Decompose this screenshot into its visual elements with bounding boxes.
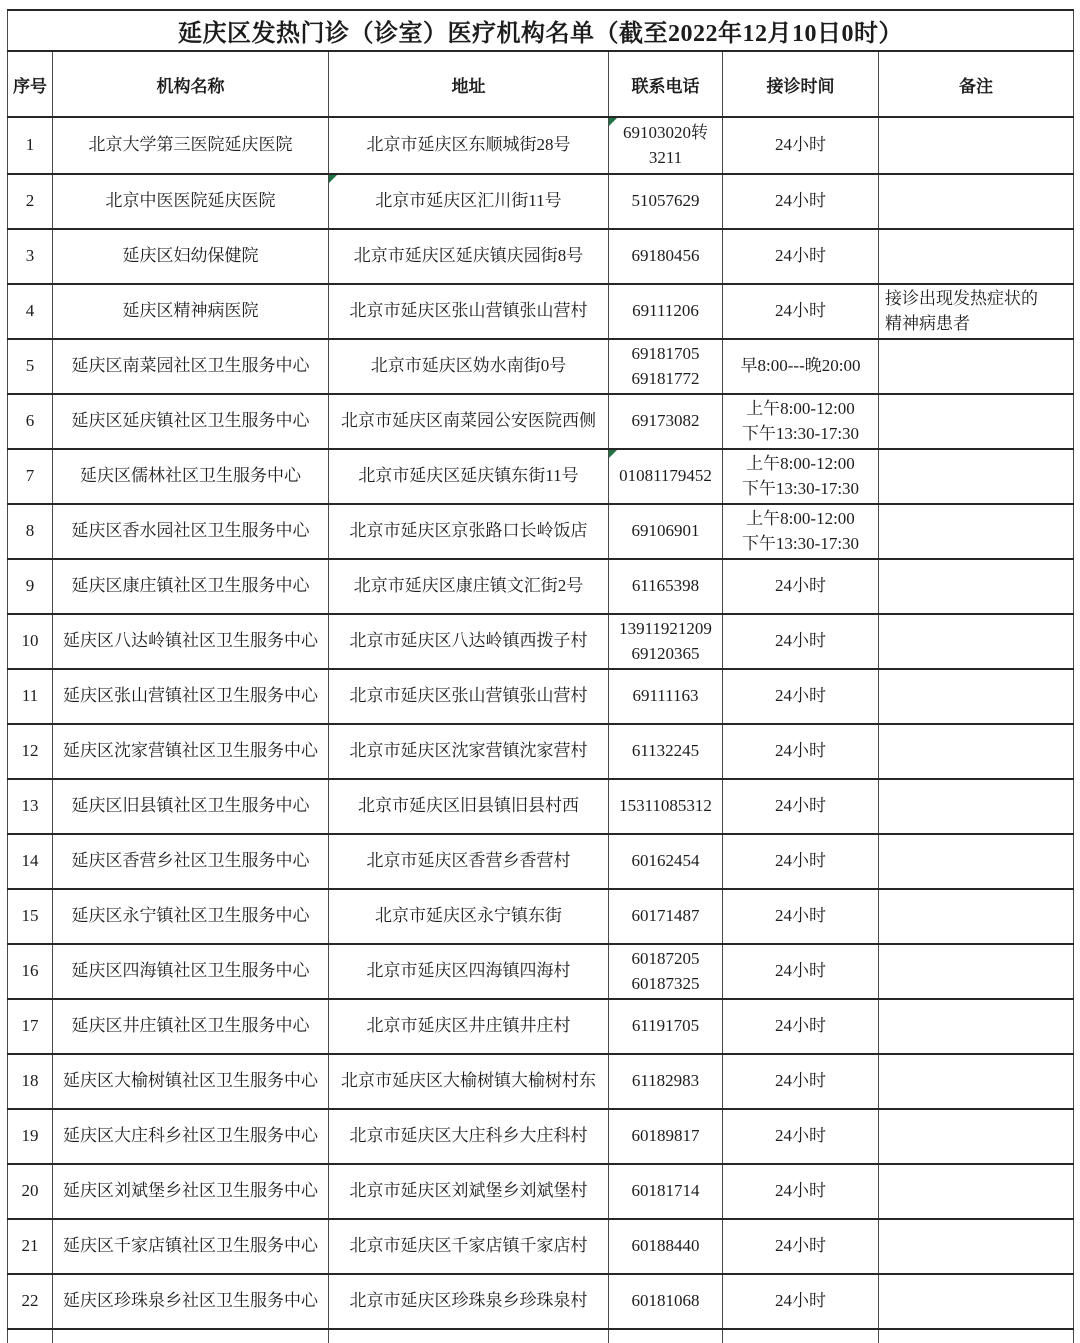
cell-index: 21 [8, 1219, 53, 1274]
cell-line: 60187325 [612, 972, 719, 996]
cell-address: 北京市延庆区汇川街11号 [329, 174, 609, 229]
cell-hours: 上午8:00-12:00下午13:30-17:30 [723, 504, 879, 559]
cell-name: 延庆区井庄镇社区卫生服务中心 [53, 999, 329, 1054]
cell-address: 北京市延庆区妫水南街0号 [329, 339, 609, 394]
cell-name: 延庆区精神病医院 [53, 284, 329, 339]
cell-name: 延庆区八达岭镇社区卫生服务中心 [53, 614, 329, 669]
table-row: 17延庆区井庄镇社区卫生服务中心北京市延庆区井庄镇井庄村6119170524小时 [8, 999, 1074, 1054]
cell-index: 2 [8, 174, 53, 229]
cell-remark [879, 779, 1074, 834]
cell-remark [879, 117, 1074, 174]
cell-hours: 24小时 [723, 1054, 879, 1109]
cell-line: 3211 [612, 146, 719, 170]
cell-hours: 24小时 [723, 229, 879, 284]
cell-name: 延庆区大庄科乡社区卫生服务中心 [53, 1109, 329, 1164]
cell-phone: 60181714 [609, 1164, 723, 1219]
table-row: 19延庆区大庄科乡社区卫生服务中心北京市延庆区大庄科乡大庄科村601898172… [8, 1109, 1074, 1164]
cell-index: 3 [8, 229, 53, 284]
table-row: 3延庆区妇幼保健院北京市延庆区延庆镇庆园街8号6918045624小时 [8, 229, 1074, 284]
cell-address: 北京市延庆区八达岭镇西拨子村 [329, 614, 609, 669]
cell-address: 北京市延庆区千家店镇千家店村 [329, 1219, 609, 1274]
cell-remark [879, 1219, 1074, 1274]
cell-line: 24小时 [726, 1234, 875, 1258]
cell-address: 北京市延庆区康庄镇文汇街2号 [329, 559, 609, 614]
column-header-index: 序号 [8, 51, 53, 117]
cell-line: 61165398 [612, 574, 719, 598]
cell-line: 69173082 [612, 409, 719, 433]
cell-remark [879, 1274, 1074, 1329]
cell-address: 北京市延庆区大庄科乡大庄科村 [329, 1109, 609, 1164]
table-row: 11延庆区张山营镇社区卫生服务中心北京市延庆区张山营镇张山营村691111632… [8, 669, 1074, 724]
cell-name: 北京中医医院延庆医院 [53, 174, 329, 229]
cell-remark [879, 449, 1074, 504]
cell-hours: 上午8:00-12:00下午13:30-17:30 [723, 394, 879, 449]
table-row: 9延庆区康庄镇社区卫生服务中心北京市延庆区康庄镇文汇街2号6116539824小… [8, 559, 1074, 614]
error-indicator-icon [329, 175, 337, 183]
table-row: 21延庆区千家店镇社区卫生服务中心北京市延庆区千家店镇千家店村601884402… [8, 1219, 1074, 1274]
cell-name: 延庆区儒林社区卫生服务中心 [53, 449, 329, 504]
cell-address: 北京市延庆区延庆镇庆园街8号 [329, 229, 609, 284]
cell-name: 延庆区旧县镇社区卫生服务中心 [53, 779, 329, 834]
cell-address: 北京市延庆区四海镇四海村 [329, 944, 609, 999]
cell-name: 延庆区香水园社区卫生服务中心 [53, 504, 329, 559]
cell-name: 延庆区延庆镇社区卫生服务中心 [53, 394, 329, 449]
title-row: 延庆区发热门诊（诊室）医疗机构名单（截至2022年12月10日0时） [8, 10, 1074, 51]
cell-address: 北京市延庆区大榆树镇大榆树村东 [329, 1054, 609, 1109]
cell-line: 60189817 [612, 1124, 719, 1148]
cell-phone: 69111206 [609, 284, 723, 339]
table-row: 1北京大学第三医院延庆医院北京市延庆区东顺城街28号69103020转32112… [8, 117, 1074, 174]
cell-name: 延庆区香营乡社区卫生服务中心 [53, 834, 329, 889]
cell-line: 24小时 [726, 904, 875, 928]
cell-name: 北京大学第三医院延庆医院 [53, 117, 329, 174]
partial-row [8, 1329, 1074, 1335]
cell-hours: 上午8:00-12:00下午13:30-17:30 [723, 449, 879, 504]
cell-line: 上午8:00-12:00 [726, 452, 875, 476]
cell-phone: 69106901 [609, 504, 723, 559]
cell-name: 延庆区四海镇社区卫生服务中心 [53, 944, 329, 999]
cell-name: 延庆区沈家营镇社区卫生服务中心 [53, 724, 329, 779]
cell-index: 8 [8, 504, 53, 559]
cell-index: 6 [8, 394, 53, 449]
cell-phone: 60171487 [609, 889, 723, 944]
cell-line: 24小时 [726, 1289, 875, 1313]
cell-phone: 69103020转3211 [609, 117, 723, 174]
cell-hours: 24小时 [723, 1109, 879, 1164]
cell-line: 60188440 [612, 1234, 719, 1258]
cell-index: 10 [8, 614, 53, 669]
cell-index: 18 [8, 1054, 53, 1109]
table-row: 8延庆区香水园社区卫生服务中心北京市延庆区京张路口长岭饭店69106901上午8… [8, 504, 1074, 559]
cell-remark [879, 1109, 1074, 1164]
cell-line: 13911921209 [612, 617, 719, 641]
cell-phone: 69180456 [609, 229, 723, 284]
table-row: 6延庆区延庆镇社区卫生服务中心北京市延庆区南菜园公安医院西侧69173082上午… [8, 394, 1074, 449]
cell-line: 69106901 [612, 519, 719, 543]
cell-line: 24小时 [726, 849, 875, 873]
table-row: 16延庆区四海镇社区卫生服务中心北京市延庆区四海镇四海村601872056018… [8, 944, 1074, 999]
cell-remark [879, 1054, 1074, 1109]
cell-line: 24小时 [726, 739, 875, 763]
partial-cell-index [8, 1329, 53, 1335]
cell-line: 61191705 [612, 1014, 719, 1038]
cell-line: 60181068 [612, 1289, 719, 1313]
cell-hours: 24小时 [723, 1274, 879, 1329]
cell-address: 北京市延庆区永宁镇东街 [329, 889, 609, 944]
cell-line: 24小时 [726, 629, 875, 653]
cell-line: 24小时 [726, 299, 875, 323]
cell-hours: 24小时 [723, 117, 879, 174]
cell-line: 上午8:00-12:00 [726, 507, 875, 531]
cell-line: 上午8:00-12:00 [726, 397, 875, 421]
cell-hours: 24小时 [723, 669, 879, 724]
cell-line: 69181772 [612, 367, 719, 391]
table-row: 20延庆区刘斌堡乡社区卫生服务中心北京市延庆区刘斌堡乡刘斌堡村601817142… [8, 1164, 1074, 1219]
cell-name: 延庆区张山营镇社区卫生服务中心 [53, 669, 329, 724]
cell-index: 12 [8, 724, 53, 779]
cell-hours: 24小时 [723, 174, 879, 229]
cell-phone: 61191705 [609, 999, 723, 1054]
cell-phone: 60189817 [609, 1109, 723, 1164]
cell-address: 北京市延庆区张山营镇张山营村 [329, 669, 609, 724]
cell-line: 69120365 [612, 642, 719, 666]
cell-address: 北京市延庆区珍珠泉乡珍珠泉村 [329, 1274, 609, 1329]
cell-phone: 61165398 [609, 559, 723, 614]
column-header-name: 机构名称 [53, 51, 329, 117]
cell-name: 延庆区珍珠泉乡社区卫生服务中心 [53, 1274, 329, 1329]
column-header-hours: 接诊时间 [723, 51, 879, 117]
column-header-remark: 备注 [879, 51, 1074, 117]
cell-name: 延庆区南菜园社区卫生服务中心 [53, 339, 329, 394]
cell-phone: 69111163 [609, 669, 723, 724]
fever-clinic-table: 延庆区发热门诊（诊室）医疗机构名单（截至2022年12月10日0时） 序号机构名… [7, 9, 1074, 1335]
cell-address: 北京市延庆区刘斌堡乡刘斌堡村 [329, 1164, 609, 1219]
cell-phone: 69173082 [609, 394, 723, 449]
header-row: 序号机构名称地址联系电话接诊时间备注 [8, 51, 1074, 117]
cell-remark [879, 724, 1074, 779]
cell-address: 北京市延庆区香营乡香营村 [329, 834, 609, 889]
cell-hours: 24小时 [723, 999, 879, 1054]
cell-remark [879, 1164, 1074, 1219]
fever-clinic-table-sheet: 延庆区发热门诊（诊室）医疗机构名单（截至2022年12月10日0时） 序号机构名… [7, 9, 1074, 1335]
cell-line: 61132245 [612, 739, 719, 763]
cell-phone: 15311085312 [609, 779, 723, 834]
table-body: 1北京大学第三医院延庆医院北京市延庆区东顺城街28号69103020转32112… [8, 117, 1074, 1335]
error-indicator-icon [609, 118, 617, 126]
column-header-address: 地址 [329, 51, 609, 117]
cell-remark [879, 614, 1074, 669]
table-row: 5延庆区南菜园社区卫生服务中心北京市延庆区妫水南街0号6918170569181… [8, 339, 1074, 394]
cell-line: 24小时 [726, 244, 875, 268]
cell-address: 北京市延庆区张山营镇张山营村 [329, 284, 609, 339]
table-row: 18延庆区大榆树镇社区卫生服务中心北京市延庆区大榆树镇大榆树村东61182983… [8, 1054, 1074, 1109]
cell-remark [879, 834, 1074, 889]
cell-hours: 24小时 [723, 724, 879, 779]
cell-address: 北京市延庆区延庆镇东街11号 [329, 449, 609, 504]
cell-hours: 24小时 [723, 559, 879, 614]
cell-line: 下午13:30-17:30 [726, 422, 875, 446]
cell-name: 延庆区千家店镇社区卫生服务中心 [53, 1219, 329, 1274]
cell-line: 下午13:30-17:30 [726, 532, 875, 556]
partial-cell-remark [879, 1329, 1074, 1335]
partial-cell-phone [609, 1329, 723, 1335]
cell-line: 24小时 [726, 1069, 875, 1093]
cell-phone: 1391192120969120365 [609, 614, 723, 669]
cell-index: 1 [8, 117, 53, 174]
table-row: 13延庆区旧县镇社区卫生服务中心北京市延庆区旧县镇旧县村西15311085312… [8, 779, 1074, 834]
cell-phone: 6018720560187325 [609, 944, 723, 999]
cell-name: 延庆区康庄镇社区卫生服务中心 [53, 559, 329, 614]
cell-line: 24小时 [726, 794, 875, 818]
cell-index: 15 [8, 889, 53, 944]
cell-line: 61182983 [612, 1069, 719, 1093]
cell-name: 延庆区妇幼保健院 [53, 229, 329, 284]
cell-line: 69111206 [612, 299, 719, 323]
cell-line: 60187205 [612, 947, 719, 971]
cell-index: 7 [8, 449, 53, 504]
cell-remark [879, 559, 1074, 614]
cell-phone: 51057629 [609, 174, 723, 229]
cell-line: 24小时 [726, 574, 875, 598]
error-indicator-icon [609, 450, 617, 458]
partial-cell-address [329, 1329, 609, 1335]
cell-phone: 01081179452 [609, 449, 723, 504]
cell-index: 11 [8, 669, 53, 724]
table-row: 4延庆区精神病医院北京市延庆区张山营镇张山营村6911120624小时接诊出现发… [8, 284, 1074, 339]
cell-phone: 60162454 [609, 834, 723, 889]
cell-hours: 24小时 [723, 284, 879, 339]
cell-phone: 6918170569181772 [609, 339, 723, 394]
cell-address: 北京市延庆区京张路口长岭饭店 [329, 504, 609, 559]
cell-line: 51057629 [612, 189, 719, 213]
cell-phone: 60188440 [609, 1219, 723, 1274]
cell-hours: 24小时 [723, 834, 879, 889]
cell-remark [879, 999, 1074, 1054]
cell-line: 24小时 [726, 133, 875, 157]
cell-address: 北京市延庆区南菜园公安医院西侧 [329, 394, 609, 449]
table-row: 7延庆区儒林社区卫生服务中心北京市延庆区延庆镇东街11号01081179452上… [8, 449, 1074, 504]
table-row: 2北京中医医院延庆医院北京市延庆区汇川街11号5105762924小时 [8, 174, 1074, 229]
cell-line: 15311085312 [612, 794, 719, 818]
cell-line: 接诊出现发热症状的 [885, 287, 1069, 311]
cell-line: 24小时 [726, 1014, 875, 1038]
column-header-phone: 联系电话 [609, 51, 723, 117]
cell-remark [879, 174, 1074, 229]
partial-cell-hours [723, 1329, 879, 1335]
cell-remark [879, 504, 1074, 559]
cell-line: 24小时 [726, 1124, 875, 1148]
cell-index: 22 [8, 1274, 53, 1329]
cell-name: 延庆区大榆树镇社区卫生服务中心 [53, 1054, 329, 1109]
cell-remark [879, 339, 1074, 394]
cell-address: 北京市延庆区井庄镇井庄村 [329, 999, 609, 1054]
cell-hours: 早8:00---晚20:00 [723, 339, 879, 394]
cell-remark [879, 669, 1074, 724]
cell-line: 精神病患者 [885, 312, 1069, 336]
cell-phone: 61132245 [609, 724, 723, 779]
cell-hours: 24小时 [723, 1164, 879, 1219]
table-row: 15延庆区永宁镇社区卫生服务中心北京市延庆区永宁镇东街6017148724小时 [8, 889, 1074, 944]
table-row: 12延庆区沈家营镇社区卫生服务中心北京市延庆区沈家营镇沈家营村611322452… [8, 724, 1074, 779]
cell-line: 69103020转 [612, 121, 719, 145]
cell-hours: 24小时 [723, 944, 879, 999]
cell-index: 17 [8, 999, 53, 1054]
cell-remark: 接诊出现发热症状的精神病患者 [879, 284, 1074, 339]
cell-hours: 24小时 [723, 1219, 879, 1274]
page-title: 延庆区发热门诊（诊室）医疗机构名单（截至2022年12月10日0时） [8, 10, 1074, 51]
cell-remark [879, 889, 1074, 944]
partial-cell-name [53, 1329, 329, 1335]
cell-line: 24小时 [726, 684, 875, 708]
cell-index: 19 [8, 1109, 53, 1164]
cell-hours: 24小时 [723, 889, 879, 944]
cell-index: 9 [8, 559, 53, 614]
cell-phone: 61182983 [609, 1054, 723, 1109]
cell-line: 60171487 [612, 904, 719, 928]
table-row: 22延庆区珍珠泉乡社区卫生服务中心北京市延庆区珍珠泉乡珍珠泉村601810682… [8, 1274, 1074, 1329]
cell-address: 北京市延庆区东顺城街28号 [329, 117, 609, 174]
cell-index: 16 [8, 944, 53, 999]
cell-index: 5 [8, 339, 53, 394]
cell-phone: 60181068 [609, 1274, 723, 1329]
cell-line: 69181705 [612, 342, 719, 366]
cell-line: 60181714 [612, 1179, 719, 1203]
cell-hours: 24小时 [723, 614, 879, 669]
cell-remark [879, 394, 1074, 449]
cell-line: 60162454 [612, 849, 719, 873]
cell-index: 13 [8, 779, 53, 834]
cell-line: 早8:00---晚20:00 [726, 354, 875, 378]
cell-line: 下午13:30-17:30 [726, 477, 875, 501]
table-row: 10延庆区八达岭镇社区卫生服务中心北京市延庆区八达岭镇西拨子村139119212… [8, 614, 1074, 669]
cell-line: 01081179452 [612, 464, 719, 488]
cell-hours: 24小时 [723, 779, 879, 834]
cell-index: 14 [8, 834, 53, 889]
cell-line: 24小时 [726, 1179, 875, 1203]
cell-line: 24小时 [726, 959, 875, 983]
cell-remark [879, 229, 1074, 284]
cell-line: 69180456 [612, 244, 719, 268]
cell-name: 延庆区永宁镇社区卫生服务中心 [53, 889, 329, 944]
cell-index: 20 [8, 1164, 53, 1219]
table-row: 14延庆区香营乡社区卫生服务中心北京市延庆区香营乡香营村6016245424小时 [8, 834, 1074, 889]
cell-remark [879, 944, 1074, 999]
cell-address: 北京市延庆区沈家营镇沈家营村 [329, 724, 609, 779]
cell-line: 24小时 [726, 189, 875, 213]
cell-name: 延庆区刘斌堡乡社区卫生服务中心 [53, 1164, 329, 1219]
cell-line: 69111163 [612, 684, 719, 708]
cell-index: 4 [8, 284, 53, 339]
cell-address: 北京市延庆区旧县镇旧县村西 [329, 779, 609, 834]
